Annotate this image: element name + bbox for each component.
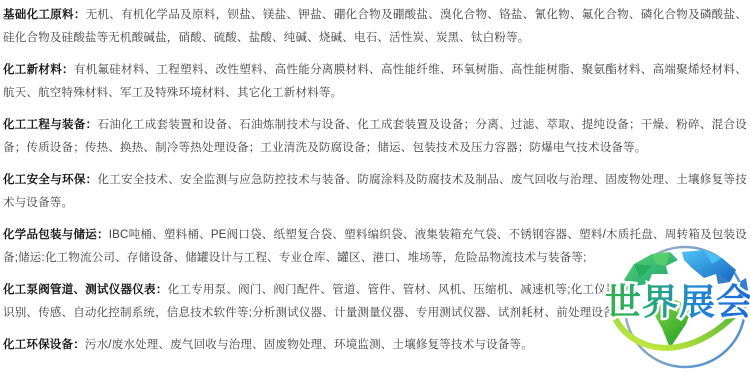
category-text: 污水/废水处理、废气回收与治理、固废物处理、环境监测、土壤修复等技术与设备等。 xyxy=(85,339,533,351)
category-text: 有机氟硅材料、工程塑料、改性塑料、高性能分离膜材料、高性能纤维、环氧树脂、高性能… xyxy=(3,64,747,99)
category-environmental-equipment: 化工环保设备：污水/废水处理、废气回收与治理、固废物处理、环境监测、土壤修复等技… xyxy=(3,334,747,357)
category-pumps-valves-instruments: 化工泵阀管道、测试仪器仪表：化工专用泵、阀门、阀门配件、管道、管件、管材、风机、… xyxy=(3,279,747,325)
category-label: 化工安全与环保： xyxy=(3,174,98,186)
category-new-chemical-materials: 化工新材料：有机氟硅材料、工程塑料、改性塑料、高性能分离膜材料、高性能纤维、环氧… xyxy=(3,59,747,105)
category-label: 化工工程与装备： xyxy=(3,119,98,131)
category-text: IBC吨桶、塑料桶、PE阀口袋、纸塑复合袋、塑料编织袋、液集装箱充气袋、不锈钢容… xyxy=(3,229,747,264)
category-text: 无机、有机化学品及原料，钡盐、镁盐、钾盐、硼化合物及硼酸盐、溴化合物、铬盐、氰化… xyxy=(3,9,747,44)
category-safety-environment: 化工安全与环保：化工安全技术、安全监测与应急防控技术与装备、防腐涂料及防腐技术及… xyxy=(3,169,747,215)
category-label: 化工新材料： xyxy=(3,64,74,76)
category-text: 化工安全技术、安全监测与应急防控技术与装备、防腐涂料及防腐技术及制品、废气回收与… xyxy=(3,174,747,209)
category-label: 化工泵阀管道、测试仪器仪表： xyxy=(3,284,168,296)
category-engineering-equipment: 化工工程与装备：石油化工成套装置和设备、石油炼制技术与设备、化工成套装置及设备；… xyxy=(3,114,747,160)
exhibition-scope-content: 基础化工原料：无机、有机化学品及原料，钡盐、镁盐、钾盐、硼化合物及硼酸盐、溴化合… xyxy=(3,4,747,366)
category-label: 化工环保设备： xyxy=(3,339,85,351)
category-label: 基础化工原料： xyxy=(3,9,86,21)
category-text: 石油化工成套装置和设备、石油炼制技术与设备、化工成套装置及设备；分离、过滤、萃取… xyxy=(3,119,747,154)
category-basic-chemical-materials: 基础化工原料：无机、有机化学品及原料，钡盐、镁盐、钾盐、硼化合物及硼酸盐、溴化合… xyxy=(3,4,747,50)
category-packaging-storage: 化学品包装与储运：IBC吨桶、塑料桶、PE阀口袋、纸塑复合袋、塑料编织袋、液集装… xyxy=(3,224,747,270)
category-label: 化学品包装与储运： xyxy=(3,229,109,241)
